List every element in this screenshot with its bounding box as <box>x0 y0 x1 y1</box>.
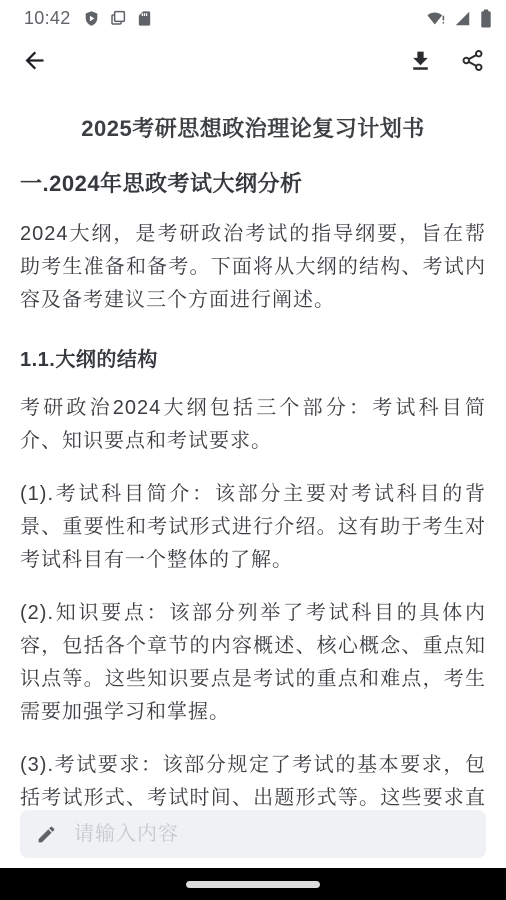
home-indicator-pill[interactable] <box>186 881 320 888</box>
status-bar-left: 10:42 <box>24 8 153 29</box>
toolbar <box>0 34 506 90</box>
cellular-signal-icon <box>454 10 471 27</box>
toolbar-actions <box>406 48 486 76</box>
subsection-heading: 1.1.大纲的结构 <box>20 343 486 372</box>
gesture-navigation-bar <box>0 868 506 900</box>
sd-card-icon <box>136 10 153 27</box>
message-input[interactable] <box>72 822 470 847</box>
wifi-alert-icon <box>426 10 445 27</box>
screen: 10:42 <box>0 0 506 900</box>
back-button[interactable] <box>20 48 48 76</box>
pencil-icon <box>36 824 57 845</box>
arrow-left-icon <box>21 47 48 77</box>
shield-play-icon <box>83 10 100 27</box>
status-bar-right <box>426 9 492 28</box>
paragraph-intro: 2024大纲，是考研政治考试的指导纲要，旨在帮助考生准备和备考。下面将从大纲的结… <box>20 218 486 317</box>
battery-icon <box>480 9 492 28</box>
download-icon <box>408 48 433 76</box>
paragraph-item-2: (2).知识要点：该部分列举了考试科目的具体内容，包括各个章节的内容概述、核心概… <box>20 597 486 729</box>
section-heading: 一.2024年思政考试大纲分析 <box>20 167 486 198</box>
document-body: 2025考研思想政治理论复习计划书 一.2024年思政考试大纲分析 2024大纲… <box>0 112 506 848</box>
overlapping-windows-icon <box>109 9 127 27</box>
download-button[interactable] <box>406 48 434 76</box>
share-button[interactable] <box>458 48 486 76</box>
paragraph-item-1: (1).考试科目简介：该部分主要对考试科目的背景、重要性和考试形式进行介绍。这有… <box>20 478 486 577</box>
clock: 10:42 <box>24 8 71 29</box>
status-bar: 10:42 <box>0 0 506 34</box>
share-icon <box>460 48 485 76</box>
document-title: 2025考研思想政治理论复习计划书 <box>20 112 486 143</box>
paragraph-structure-intro: 考研政治2024大纲包括三个部分：考试科目简介、知识要点和考试要求。 <box>20 392 486 458</box>
composer-bar[interactable] <box>20 810 486 858</box>
